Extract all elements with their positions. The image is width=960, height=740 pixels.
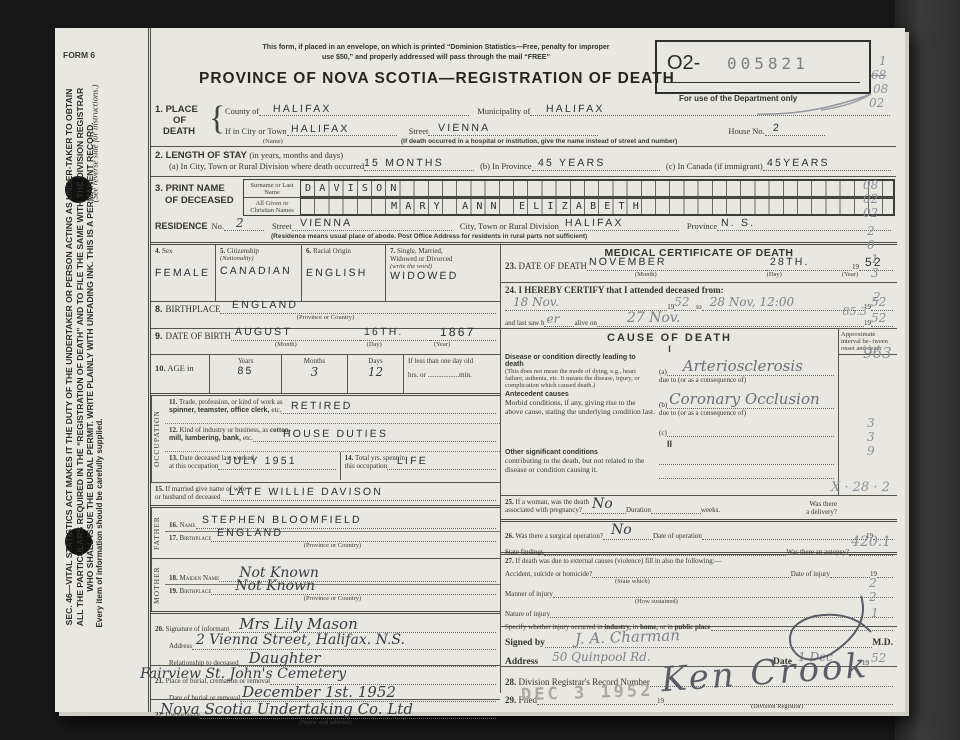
margin-mid-1: 0 (867, 238, 875, 252)
city-line: HALIFAX (287, 135, 397, 136)
total-years-row: this occupationLIFE (345, 462, 496, 470)
mother-bp-row: 19. Birthplace Not Known (169, 587, 496, 595)
origin-no: 6. (306, 247, 311, 255)
supply-note: Every item of information should be care… (95, 418, 105, 628)
operation-row2: State findings Was there an autopsy? (505, 540, 893, 556)
last-worked-line: JULY 1951 (218, 469, 335, 470)
operation-label: 26. Was there a surgical operation? (505, 532, 603, 540)
age-days-label: Days (352, 357, 399, 365)
total-years-line: LIFE (387, 469, 496, 470)
given-value: MARY ANN ELIZABETH (301, 201, 647, 212)
marital-label1-text: Single, Married, (397, 247, 443, 255)
residence-row: RESIDENCE No. 2 Street VIENNA City, Town… (155, 221, 891, 231)
street-line: VIENNA (428, 135, 598, 136)
birthdate-year-sub: (Year) (434, 341, 450, 348)
informant-addr-line: 2 Vienna Street, Halifax. N.S. (192, 649, 496, 650)
other-line1-row (659, 451, 834, 465)
weeks-label: weeks. (701, 506, 720, 514)
father-side-label: FATHER (151, 508, 165, 558)
mother-bp-label: 19. Birthplace (169, 587, 211, 595)
certify-er: er (546, 312, 559, 326)
place-brace: { (209, 100, 225, 138)
death-month: NOVEMBER (589, 256, 667, 268)
father-name-value: STEPHEN BLOOMFIELD (201, 514, 361, 526)
mother-bp-label-text: Birthplace (180, 587, 212, 595)
informant-rel-row: Relationship to deceased Daughter (155, 650, 496, 667)
antecedent-label: Antecedent causes (505, 391, 655, 398)
informant-addr-row: Address 2 Vienna Street, Halifax. N.S. (155, 633, 496, 650)
spouse-label2: or husband of deceased (155, 493, 221, 501)
stay-b-label: (b) In Province (480, 161, 531, 171)
row-death-date: 23. DATE OF DEATH NOVEMBER 28TH. 19 52 (… (501, 259, 897, 283)
cause-b-label: (b) (659, 401, 667, 409)
sex-label: 4. Sex (155, 247, 211, 255)
cause-a-row: (a) Arteriosclerosis (659, 360, 834, 376)
municipality-value: HALIFAX (546, 103, 605, 115)
industry-label-bold2: mill, lumbering, bank, (169, 435, 241, 442)
marital-label2: Widowed or Divorced (390, 255, 496, 263)
citizenship-label-text: Citizenship (227, 247, 259, 255)
trade-etc: etc. (271, 406, 281, 414)
industry-label-a: Kind of industry or business, as (180, 426, 269, 434)
mail-note-line1: This form, if placed in an envelope, on … (211, 44, 661, 51)
undertaker-row: 22. Undertaker Nova Scotia Undertaking C… (155, 702, 496, 719)
filed-no: 29. (505, 695, 516, 705)
manner-label: Manner of injury (505, 590, 553, 598)
cause-b-value: Coronary Occlusion (669, 390, 819, 408)
margin-top-0: 1 (879, 54, 887, 68)
street-label: Street (409, 126, 429, 136)
trade-label-b: spinner, teamster, office clerk, (169, 407, 269, 414)
citizenship-no: 5. (220, 247, 225, 255)
certify-saw-line: 27 Nov. (597, 326, 864, 327)
row-13-14: 13. Date deceased last worked at this oc… (165, 452, 500, 480)
residence-prov-label: Province (687, 221, 717, 231)
age-years-label: Years (214, 357, 277, 365)
surname-row: Surname or Last Name DAVISON (244, 180, 894, 197)
birthdate-no: 9. (155, 331, 163, 341)
place-label3: DEATH (163, 126, 195, 137)
place-label2: OF (173, 115, 186, 126)
father-bp-label: 17. Birthplace (169, 534, 211, 542)
record-number-no: 28. (505, 677, 516, 687)
industry-etc: etc. (243, 434, 253, 442)
birthdate-month: AUGUST (235, 326, 292, 338)
cause-b-line: Coronary Occlusion (667, 408, 834, 409)
certify-label-text: I HEREBY CERTIFY that I attended decease… (519, 285, 724, 295)
age-less-cell: If less than one day old hrs. or .......… (403, 355, 500, 393)
certify-from: 18 Nov. (513, 295, 559, 309)
place-label1: PLACE (166, 104, 198, 115)
registration-number-stamp: 005821 (727, 54, 809, 73)
stay-a-line: 15 MONTHS (364, 170, 474, 171)
birthplace-no: 8. (155, 304, 163, 314)
last-worked-label-b: at this occupation (169, 462, 218, 470)
duration-label: Duration (626, 506, 651, 514)
delivery-label: Was therea delivery? (806, 500, 837, 516)
row-spouse: 15. If married give name of wife or husb… (151, 483, 500, 508)
death-day-sub: (Day) (767, 271, 782, 278)
birthdate-row: 9. DATE OF BIRTH AUGUST 16TH. 1867 (155, 331, 496, 341)
residence-street-value: VIENNA (300, 217, 353, 229)
surname-comb: DAVISON (300, 180, 894, 197)
cause-part1: I (501, 344, 838, 354)
cell-last-worked: 13. Date deceased last worked at this oc… (165, 452, 340, 480)
house-no-label: House No. (728, 126, 764, 136)
cause-antecedent-fields: (b) Coronary Occlusion due to (or as a c… (655, 391, 838, 439)
trade-label-a: Trade, profession, or kind of work as (179, 398, 283, 406)
certify-pencil-note: 85.3 (843, 305, 868, 318)
name-heading2: OF DECEASED (165, 195, 234, 206)
total-years-value: LIFE (397, 455, 428, 467)
death-date-label-text: DATE OF DEATH (519, 261, 588, 271)
registration-number-prefix: O2- (667, 52, 700, 75)
father-bp-label-text: Birthplace (180, 534, 212, 542)
certify-saw-row: and last saw h er alive on 27 Nov. 19 52 (505, 311, 893, 327)
cause-other-labels: Other significant conditions contributin… (501, 449, 655, 481)
given-label: All Given or Christian Names (244, 200, 300, 214)
municipality-line: HALIFAX (530, 115, 890, 116)
place-county-row: County of HALIFAX Municipality of HALIFA… (225, 106, 890, 116)
father-bp-line: ENGLAND (211, 541, 496, 542)
row-operation: 26. Was there a surgical operation? No D… (501, 522, 897, 555)
cause-a-line: Arteriosclerosis (667, 375, 834, 376)
mother-bp-line: Not Known (211, 594, 496, 595)
residence-city-value: HALIFAX (565, 217, 624, 229)
row-mother-bp: 19. Birthplace Not Known (Province or Co… (165, 585, 500, 611)
age-months-cell: Months 3 (281, 355, 347, 393)
signed-label: Signed by (505, 638, 545, 648)
certify-from-row: 18 Nov. 19 52 to 28 Nov, 12:00 19 52 (505, 295, 893, 311)
mail-note-line2: use $50,” and properly addressed will pa… (211, 54, 661, 61)
cause-c-line (667, 436, 834, 437)
row-registrar: 28. Division Registrar's Record Number 2… (501, 667, 897, 711)
stay-heading: 2. LENGTH OF STAY (in years, months and … (155, 150, 343, 161)
birthdate-year-line: 1867 (430, 340, 496, 341)
surname-value: DAVISON (301, 183, 405, 194)
industry-no: 12. (169, 426, 178, 434)
cause-of-death-box: CAUSE OF DEATH I Disease or condition di… (501, 328, 897, 496)
name-grid: Surname or Last Name DAVISON All Given o… (243, 179, 895, 216)
operation-label-text: Was there a surgical operation? (515, 532, 603, 540)
citizenship-label: 5. Citizenship (220, 247, 297, 255)
certify-saw-label1: and last saw h (505, 319, 544, 327)
cell-total-years: 14. Total yrs. spent in this occupationL… (340, 452, 500, 480)
trade-line: RETIRED (281, 413, 496, 414)
disease-label: Disease or condition directly leading to… (505, 354, 655, 368)
total-years-label-b: this occupation (345, 462, 388, 470)
age-years-value: 85 (214, 365, 277, 377)
death-day: 28TH. (770, 256, 810, 268)
pregnancy-line: No (582, 513, 626, 514)
scanned-death-registration: { "header": { "form_no": "FORM 6", "note… (0, 0, 960, 740)
cause-a-label: (a) (659, 368, 667, 376)
external-label: 27. If death was due to external causes … (505, 557, 893, 565)
birthplace-row: 8. BIRTHPLACE ENGLAND (155, 304, 496, 314)
residence-street-line: VIENNA (292, 230, 452, 231)
cause-disease-fields: (a) Arteriosclerosis due to (or as a con… (655, 354, 838, 389)
death-month-sub: (Month) (635, 271, 657, 278)
mother-name-label-text: Maiden Name (180, 574, 220, 582)
margin-cause-b-2: 9 (867, 444, 875, 458)
left-margin-strip: SEC. 46—VITAL STATISTICS ACT MAKES IT TH… (55, 28, 148, 712)
place-no-text: 1. (155, 104, 163, 115)
marital-value: WIDOWED (390, 270, 496, 282)
duration-line (651, 513, 701, 514)
state-which-caption: (State which) (615, 578, 893, 585)
stay-a-label: (a) In City, Town or Rural Division wher… (169, 161, 364, 171)
father-group: FATHER 16. Name STEPHEN BLOOMFIELD 17. B… (151, 508, 500, 559)
spouse-value: LATE WILLIE DAVISON (228, 486, 382, 498)
row-informant: 20. Signature of informant Mrs Lily Maso… (151, 614, 500, 666)
street-value: VIENNA (438, 122, 491, 134)
row-burial: 21. Place of burial, cremation or remova… (151, 666, 500, 700)
burial-place-value: Fairview St. John's Cemetery (140, 666, 346, 682)
cell-marital: 7. Single, Married, Widowed or Divorced … (385, 245, 500, 301)
operation-date-label: Date of operation (653, 532, 702, 540)
residence-city-line: HALIFAX (559, 230, 679, 231)
stay-row: (a) In City, Town or Rural Division wher… (169, 161, 891, 171)
accident-line (592, 577, 791, 578)
certify-y1: 52 (674, 295, 689, 309)
margin-name-0: 08 (863, 178, 878, 192)
section-length-of-stay: 2. LENGTH OF STAY (in years, months and … (151, 146, 896, 147)
disease-note: (This does not mean the mode of dying, e… (505, 368, 655, 389)
operation-value: No (611, 522, 632, 538)
informant-sig-row: 20. Signature of informant Mrs Lily Maso… (155, 616, 496, 633)
margin-name-2: 02 (863, 206, 878, 220)
death-date-subs: (Month)(Day)(Year) (505, 271, 893, 278)
last-worked-row: at this occupationJULY 1951 (169, 462, 336, 470)
trade-value: RETIRED (291, 400, 353, 412)
stay-c-line: 45YEARS (763, 170, 891, 171)
father-bp-row: 17. Birthplace ENGLAND (169, 534, 496, 542)
stay-a-value: 15 MONTHS (364, 157, 444, 169)
age-min-label: min. (459, 371, 472, 379)
informant-addr-label: Address (169, 642, 192, 650)
stay-c-label: (c) In Canada (if immigrant) (666, 161, 763, 171)
cause-part2: II (501, 439, 838, 449)
sex-no: 4. (155, 247, 160, 255)
birthdate-subs: (Month)(Day)(Year) (155, 341, 496, 348)
mother-group: MOTHER 18. Maiden Name Not Known 19. Bir… (151, 559, 500, 614)
place-no: 1. PLACE (155, 104, 198, 115)
cause-due1: due to (or as a consequence of) (659, 376, 834, 384)
name-label1: PRINT NAME (166, 183, 225, 194)
accident-label: Accident, suicide or homicide? (505, 570, 592, 578)
other-line2 (659, 478, 834, 479)
city-value: HALIFAX (290, 123, 349, 135)
residence-city-label: City, Town or Rural Division (460, 221, 559, 231)
margin-cause-a: 963 (863, 344, 892, 362)
left-column: 4. Sex FEMALE 5. Citizenship (Nationalit… (151, 242, 500, 693)
mother-bp-no: 19. (169, 587, 178, 595)
cause-other-block: Other significant conditions contributin… (501, 449, 838, 481)
residence-prov-line: N. S. (717, 230, 891, 231)
physician-signature: J. A. Charman (575, 626, 680, 648)
cause-b-row: (b) Coronary Occlusion (659, 393, 834, 409)
mother-bp-sub: (Province or Country) (169, 595, 496, 602)
birthdate-day-line: 16TH. (360, 340, 430, 341)
origin-label-text: Racial Origin (313, 247, 351, 255)
total-years-no: 14. (345, 454, 354, 462)
residence-label: RESIDENCE (155, 221, 208, 231)
father-bp-sub: (Province or Country) (169, 542, 496, 549)
birthdate-year: 1867 (440, 325, 476, 339)
residence-no-label: No. (212, 221, 225, 231)
informant-rel-value: Daughter (249, 649, 321, 667)
certify-er-line: er (544, 326, 574, 327)
birthplace-label: BIRTHPLACE (166, 304, 221, 314)
trade-row: spinner, teamster, office clerk, etc. RE… (169, 406, 496, 414)
certify-to: 28 Nov, 12:00 (710, 295, 794, 309)
margin-top-1: 68 (871, 68, 886, 82)
cause-a-value: Arteriosclerosis (683, 357, 803, 375)
informant-no: 20. (155, 625, 164, 633)
registrar-sub: (Division Registrar) (751, 703, 803, 710)
occupation-side-label: OCCUPATION (151, 396, 165, 482)
autopsy-line (849, 555, 893, 556)
age-months-label: Months (286, 357, 343, 365)
spouse-no: 15. (155, 485, 164, 493)
section-print-name: 3. PRINT NAME OF DECEASED Surname or Las… (151, 176, 896, 177)
row-undertaker: 22. Undertaker Nova Scotia Undertaking C… (151, 700, 500, 728)
row-mother-name: 18. Maiden Name Not Known (165, 559, 500, 585)
signed-addr-value: 50 Quinpool Rd. (552, 650, 651, 664)
street-sub-caption: (If death occurred in a hospital or inst… (401, 138, 677, 145)
margin-top-3: 02 (869, 96, 884, 110)
other-line2-row (659, 465, 834, 479)
father-bp-value: ENGLAND (217, 527, 284, 539)
age-label: AGE in (167, 363, 193, 373)
form-number: FORM 6 (63, 50, 95, 60)
mother-rows: 18. Maiden Name Not Known 19. Birthplace… (165, 559, 500, 611)
citizenship-sub: (Nationality) (220, 255, 297, 262)
place-city-row: If in City or Town HALIFAX Street VIENNA… (225, 126, 890, 136)
signed-addr-label: Address (505, 657, 538, 667)
trade-no: 11. (169, 398, 177, 406)
birthdate-month-line: AUGUST (231, 340, 360, 341)
death-date-label: 23. DATE OF DEATH (505, 261, 587, 271)
mother-name-no: 18. (169, 574, 178, 582)
margin-cause-b-0: 3 (867, 416, 875, 430)
medical-title: MEDICAL CERTIFICATE OF DEATH (501, 245, 897, 259)
margin-delivery: X · 28 · 2 (831, 480, 890, 495)
stay-label: LENGTH OF STAY (166, 150, 247, 161)
marital-no: 7. (390, 247, 395, 255)
age-less-label: If less than one day old (408, 357, 496, 365)
cause-c-row: (c) (659, 421, 834, 437)
cause-c-label: (c) (659, 429, 667, 437)
findings-label: State findings (505, 548, 544, 556)
birthdate-day: 16TH. (364, 326, 404, 338)
birthplace-sub: (Province or Country) (155, 314, 496, 321)
other-line1 (659, 464, 834, 465)
age-hrs-label: hrs. or (408, 371, 426, 379)
cause-other-fields (655, 449, 838, 481)
given-comb: MARY ANN ELIZABETH (300, 198, 894, 215)
cause-due2: due to (or as a consequence of) (659, 409, 834, 417)
age-days-cell: Days 12 (347, 355, 403, 393)
row-pregnancy: 25. If a woman, was the death associated… (501, 496, 897, 522)
origin-label: 6. Racial Origin (306, 247, 381, 255)
row-birthdate: 9. DATE OF BIRTH AUGUST 16TH. 1867 (Mont… (151, 329, 500, 355)
injury-year-line (877, 577, 893, 578)
injury-date-line (830, 577, 870, 578)
margin-cause-b-1: 3 (867, 430, 875, 444)
margin-mid-3: 3 (871, 266, 879, 280)
mother-bp-value: Not Known (235, 578, 315, 594)
age-days-value: 12 (352, 365, 399, 379)
residence-no-value: 2 (236, 216, 244, 230)
stay-sub: (in years, months and days) (249, 150, 343, 160)
undertaker-value: Nova Scotia Undertaking Co. Ltd (160, 700, 413, 718)
row-trade: 11. Trade, profession, or kind of work a… (165, 396, 500, 424)
pregnancy-label1-text: If a woman, was the death (516, 498, 589, 506)
birthplace-line: ENGLAND (220, 313, 496, 314)
sex-label-text: Sex (162, 247, 173, 255)
certify-pre3: 19 (864, 319, 871, 327)
county-line: HALIFAX (259, 115, 469, 116)
birthdate-month-sub: (Month) (275, 341, 297, 348)
certify-y3-line: 52 (871, 326, 893, 327)
margin-name-1: 02 (863, 192, 878, 206)
father-name-label-text: Name (180, 521, 196, 529)
certify-label: 24. I HEREBY CERTIFY that I attended dec… (505, 285, 893, 295)
county-value: HALIFAX (273, 103, 332, 115)
birthplace-value: ENGLAND (232, 299, 299, 311)
operation-date-line (702, 539, 866, 540)
pregnancy-label2: associated with pregnancy? (505, 506, 582, 514)
other-label: Other significant conditions (505, 449, 655, 456)
row-industry: 12. Kind of industry or business, as cot… (165, 424, 500, 452)
external-label-text: If death was due to external causes (vio… (516, 557, 722, 565)
external-no: 27. (505, 557, 514, 565)
residence-no-line: 2 (224, 230, 264, 231)
city-label: If in City or Town (225, 126, 287, 136)
house-no-line: 2 (765, 135, 825, 136)
certify-no: 24. (505, 285, 516, 295)
certify-saw: 27 Nov. (627, 310, 681, 326)
cause-antecedent-block: Antecedent causes Morbid conditions, if … (501, 391, 838, 439)
stay-b-value: 45 YEARS (537, 157, 605, 169)
death-date-no: 23. (505, 261, 516, 271)
age-no: 10. (155, 363, 166, 373)
last-worked-no: 13. (169, 454, 178, 462)
form-body: This form, if placed in an envelope, on … (148, 28, 896, 712)
margin-cert: 2 (873, 290, 881, 304)
cell-origin: 6. Racial Origin ENGLISH (301, 245, 385, 301)
pregnancy-no: 25. (505, 498, 514, 506)
cause-disease-block: Disease or condition directly leading to… (501, 354, 838, 389)
city-sub-caption: (Name) (263, 138, 283, 145)
industry-row: mill, lumbering, bank, etc. HOUSE DUTIES (169, 434, 496, 442)
operation-line: No (603, 539, 653, 540)
residence-street-label: Street (272, 221, 292, 231)
accident-row: Accident, suicide or homicide? Date of i… (505, 565, 893, 578)
delivery-label1: Was there (809, 500, 837, 508)
birthdate-day-sub: (Day) (367, 341, 382, 348)
margin-external: 420.1 (851, 534, 891, 550)
autopsy-label: Was there an autopsy? (786, 548, 849, 556)
form-title: PROVINCE OF NOVA SCOTIA—REGISTRATION OF … (199, 70, 675, 88)
stay-c-value: 45YEARS (766, 157, 829, 169)
cause-disease-labels: Disease or condition directly leading to… (501, 354, 655, 389)
pen-flourish (711, 588, 881, 668)
surname-label: Surname or Last Name (244, 182, 300, 196)
cause-title: CAUSE OF DEATH (501, 329, 838, 344)
row-father-bp: 17. Birthplace ENGLAND (Province or Coun… (165, 532, 500, 558)
